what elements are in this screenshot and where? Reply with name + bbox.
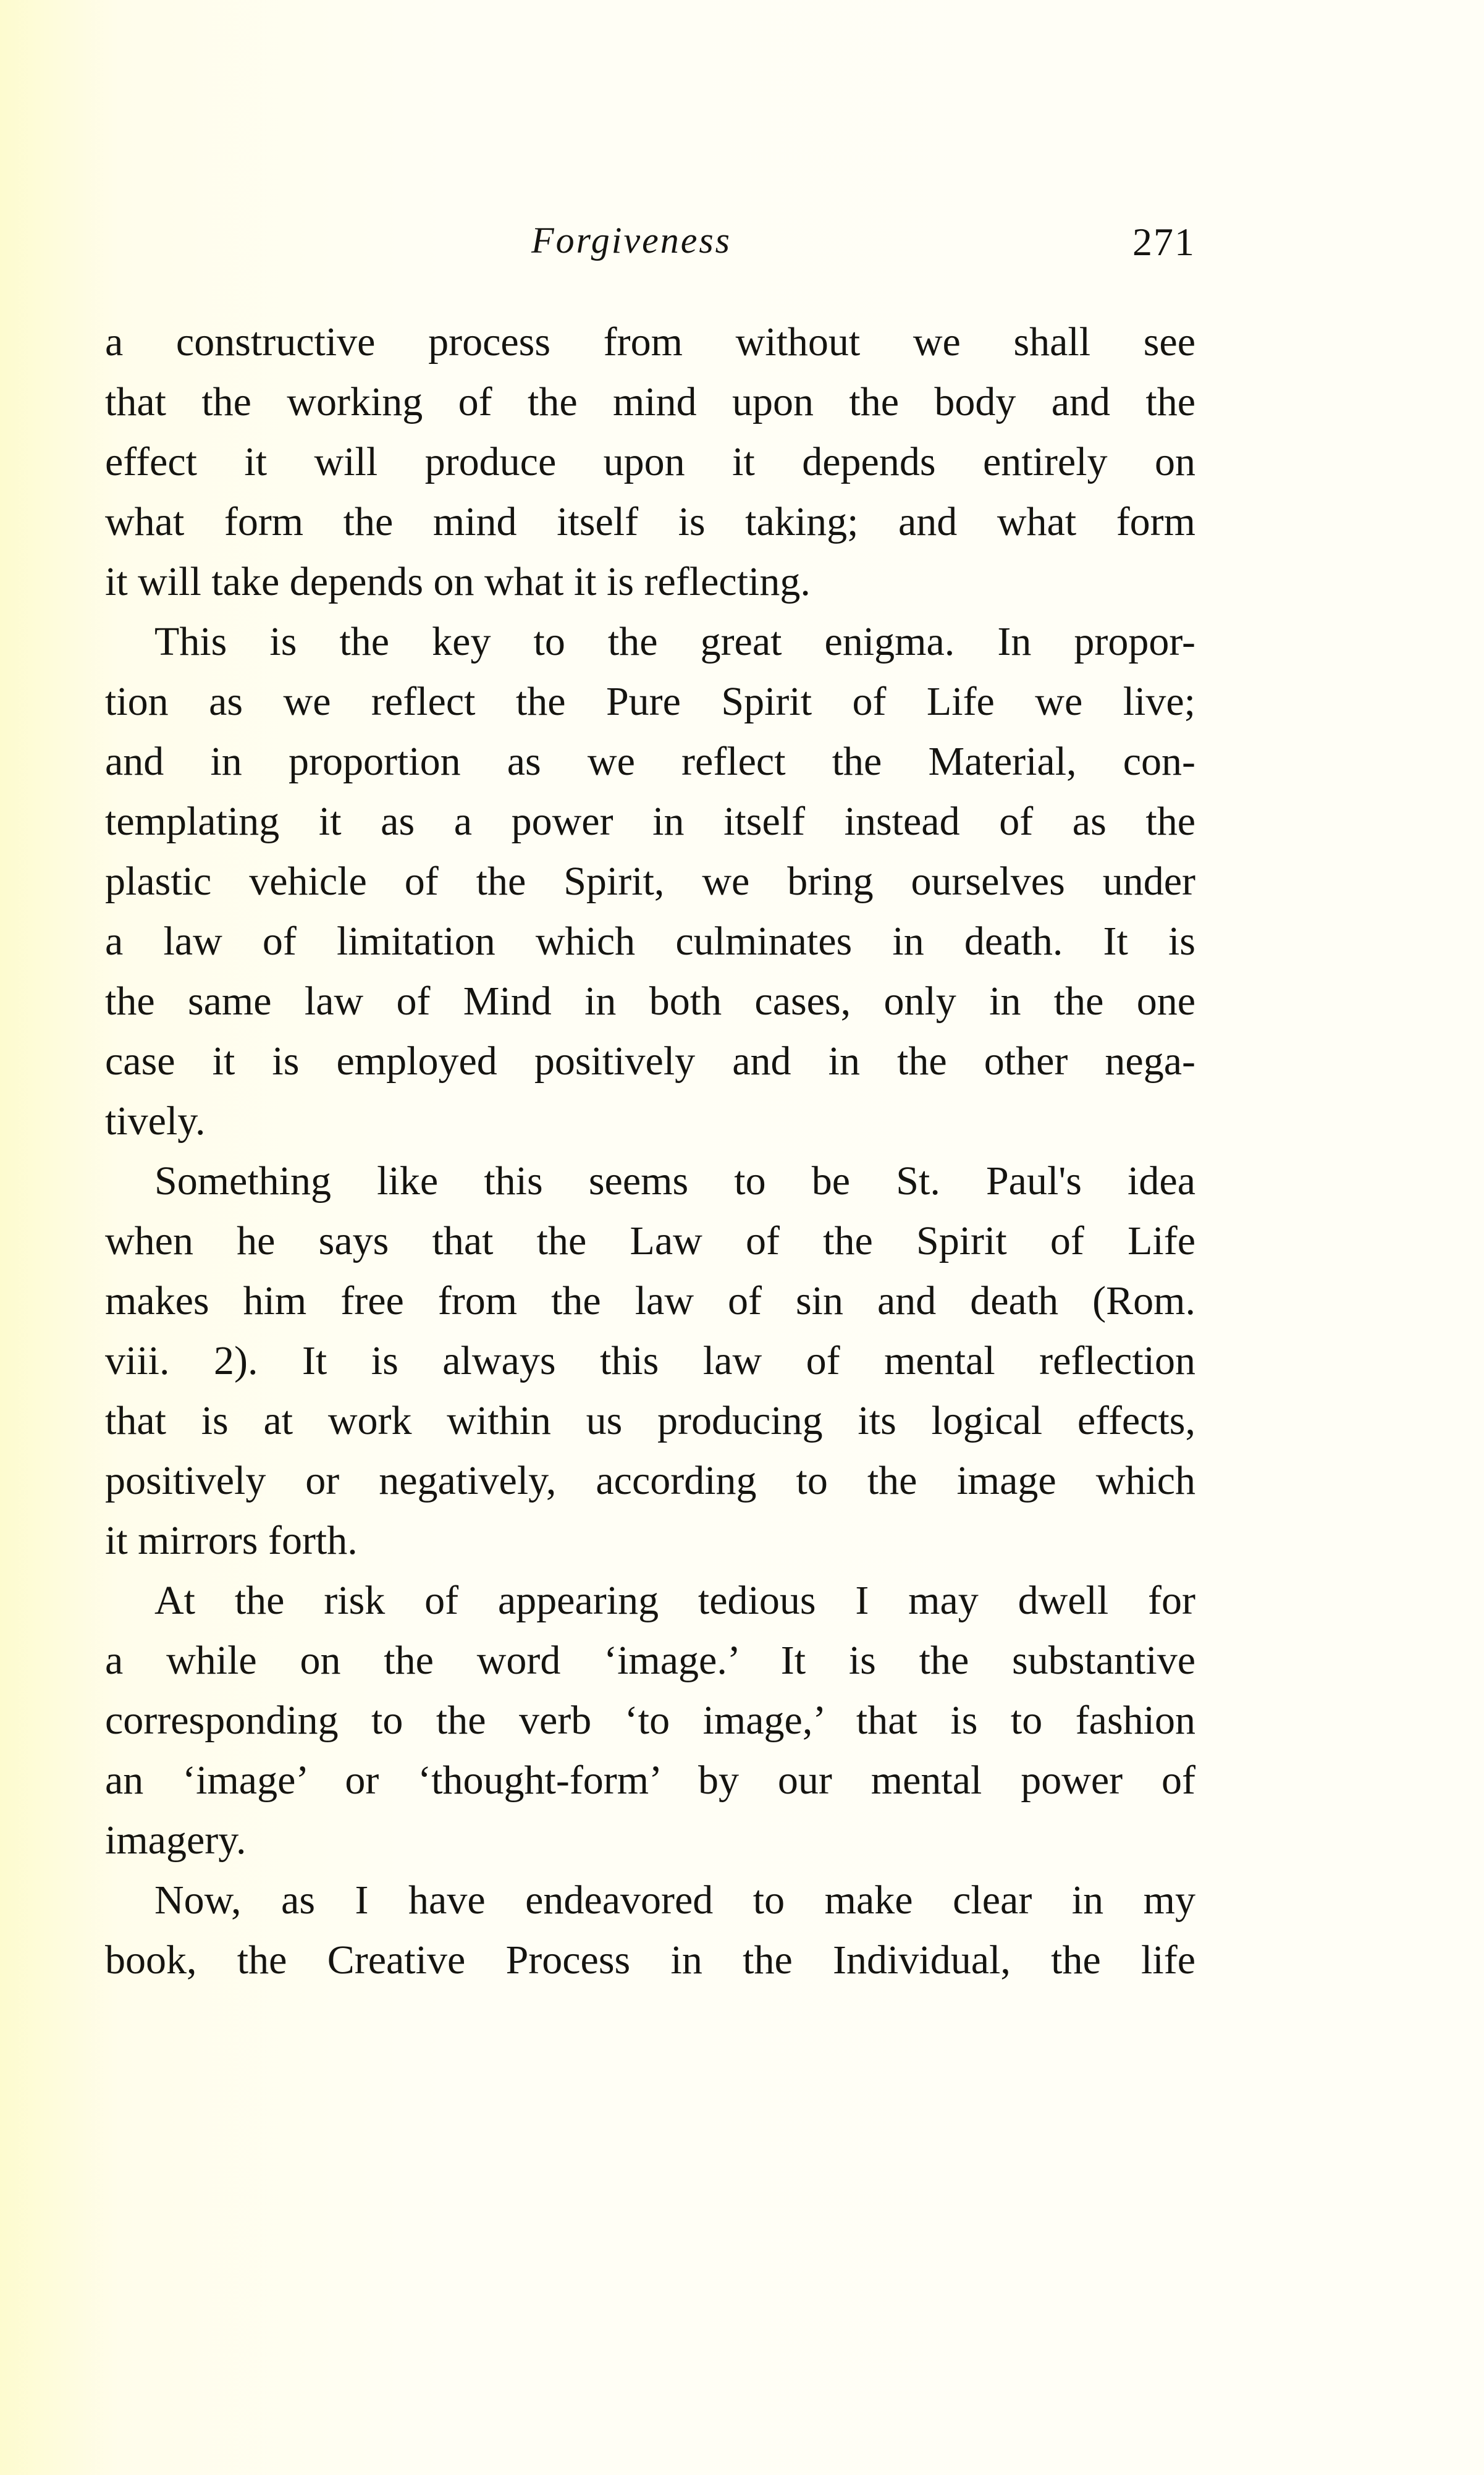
page-header: Forgiveness 271: [105, 219, 1195, 281]
running-title: Forgiveness: [531, 219, 731, 262]
text-line: templating it as a power in itself inste…: [105, 791, 1195, 851]
page-number: 271: [1132, 219, 1195, 265]
text-line: it will take depends on what it is refle…: [105, 552, 1195, 612]
text-line: tively.: [105, 1091, 1195, 1151]
body-text: a constructive process from without we s…: [105, 312, 1195, 1990]
text-line: what form the mind itself is taking; and…: [105, 492, 1195, 552]
text-line: Now, as I have endeavored to make clear …: [105, 1870, 1195, 1930]
text-line: Something like this seems to be St. Paul…: [105, 1151, 1195, 1211]
text-line: case it is employed positively and in th…: [105, 1031, 1195, 1091]
text-line: a while on the word ‘image.’ It is the s…: [105, 1630, 1195, 1690]
text-line: book, the Creative Process in the Indivi…: [105, 1930, 1195, 1990]
text-line: makes him free from the law of sin and d…: [105, 1271, 1195, 1331]
text-line: and in proportion as we reflect the Mate…: [105, 732, 1195, 791]
text-line: when he says that the Law of the Spirit …: [105, 1211, 1195, 1271]
text-line: corresponding to the verb ‘to image,’ th…: [105, 1690, 1195, 1750]
text-line: an ‘image’ or ‘thought-form’ by our ment…: [105, 1750, 1195, 1810]
text-line: a law of limitation which culminates in …: [105, 911, 1195, 971]
text-line: plastic vehicle of the Spirit, we bring …: [105, 851, 1195, 911]
text-line: that is at work within us producing its …: [105, 1391, 1195, 1451]
text-line: positively or negatively, according to t…: [105, 1451, 1195, 1511]
text-line: At the risk of appearing tedious I may d…: [105, 1571, 1195, 1630]
text-line: imagery.: [105, 1810, 1195, 1870]
text-line: the same law of Mind in both cases, only…: [105, 971, 1195, 1031]
text-line: tion as we reflect the Pure Spirit of Li…: [105, 672, 1195, 732]
text-line: This is the key to the great enigma. In …: [105, 612, 1195, 672]
text-line: viii. 2). It is always this law of menta…: [105, 1331, 1195, 1391]
text-line: it mirrors forth.: [105, 1511, 1195, 1571]
text-line: that the working of the mind upon the bo…: [105, 372, 1195, 432]
text-line: effect it will produce upon it depends e…: [105, 432, 1195, 492]
text-line: a constructive process from without we s…: [105, 312, 1195, 372]
